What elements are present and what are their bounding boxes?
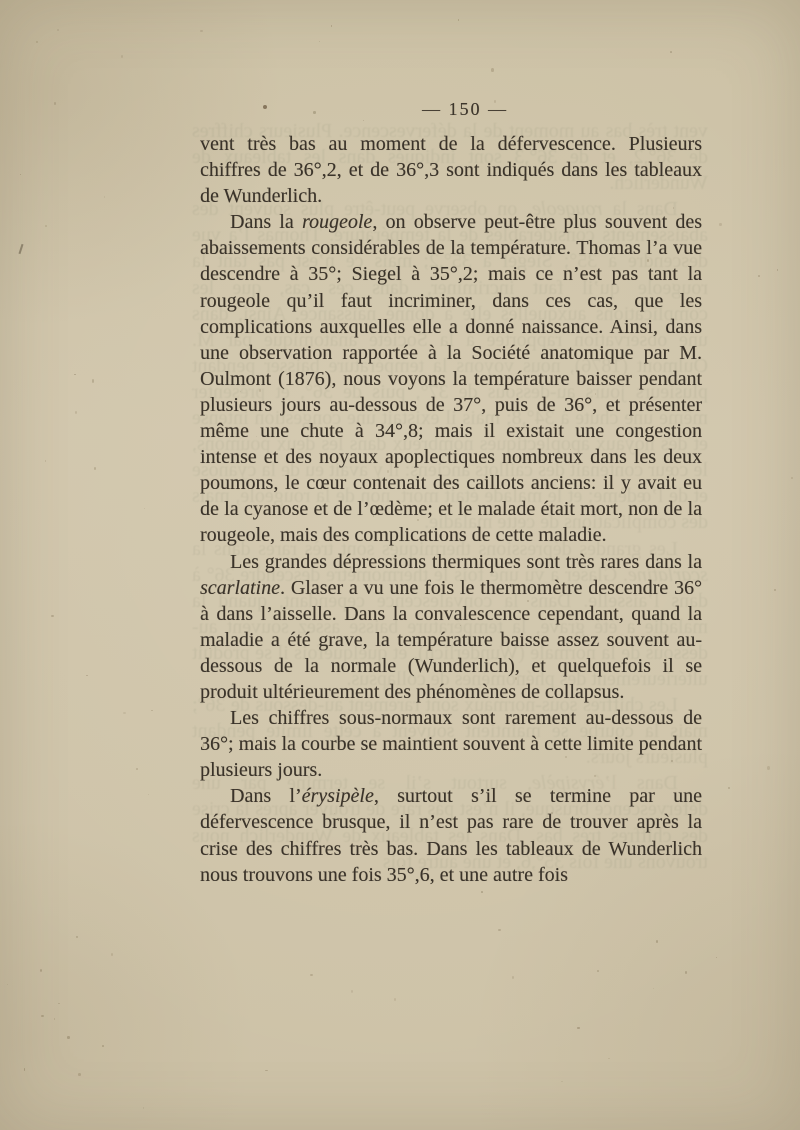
paper-speck (491, 68, 494, 72)
paragraph: Les grandes dépressions thermiques sont … (200, 549, 702, 706)
paper-speck (94, 467, 96, 470)
paper-speck (111, 953, 113, 956)
paper-speck (58, 1003, 60, 1004)
paper-speck (40, 969, 42, 972)
paper-speck (685, 971, 687, 973)
paper-speck (458, 19, 459, 21)
paper-speck (394, 998, 397, 1002)
paper-speck (561, 1081, 563, 1083)
text-run: Les grandes dépressions thermiques sont … (230, 551, 702, 573)
paper-speck (102, 1045, 104, 1047)
paper-speck (200, 30, 203, 32)
page-number: — 150 — (214, 99, 716, 120)
paper-speck (481, 891, 483, 893)
paper-speck (653, 988, 654, 989)
paper-speck (577, 1027, 579, 1030)
paper-speck (51, 615, 54, 617)
paper-speck (670, 51, 672, 53)
paper-speck (76, 936, 78, 937)
paper-speck (54, 1018, 55, 1019)
paper-speck (123, 712, 126, 714)
paragraph: vent très bas au moment de la défervesce… (200, 131, 702, 209)
text-run: vent très bas au moment de la défervesce… (200, 133, 702, 207)
paper-speck (777, 269, 778, 271)
paper-speck (656, 940, 658, 943)
paper-speck (351, 990, 353, 993)
paper-speck (86, 675, 87, 676)
paper-speck (310, 974, 313, 976)
paper-speck (45, 225, 47, 227)
paper-speck (767, 766, 770, 770)
paper-speck (758, 275, 760, 277)
paper-speck (498, 929, 500, 931)
paper-speck (151, 710, 153, 712)
paper-speck (24, 1068, 26, 1071)
paper-speck (45, 460, 47, 462)
book-page-scan: vent très bas au moment de la défervesce… (0, 0, 800, 1130)
paper-speck (104, 196, 105, 198)
paper-speck (57, 29, 58, 30)
paper-speck (92, 379, 95, 383)
paper-speck (143, 1107, 144, 1109)
paper-speck (7, 984, 8, 985)
paper-speck (331, 25, 333, 27)
paragraph: Les chiffres sous-normaux sont rarement … (200, 705, 702, 783)
paper-scratch (19, 244, 24, 254)
paper-speck (774, 589, 776, 591)
paper-speck (608, 1058, 610, 1060)
italic-term: rougeole (302, 211, 372, 233)
paper-speck (716, 957, 717, 958)
paragraph: Dans l’érysipèle, surtout s’il se termin… (200, 783, 702, 887)
paper-speck (728, 787, 730, 789)
text-run: Les chiffres sous-normaux sont rarement … (200, 707, 702, 781)
text-run: Dans l’ (230, 785, 302, 807)
paper-speck (121, 55, 123, 57)
paper-speck (78, 1073, 80, 1076)
paper-speck (319, 41, 320, 42)
paper-speck (512, 976, 514, 978)
italic-term: érysipèle (302, 785, 374, 807)
italic-term: scarlatine (200, 577, 280, 599)
paper-speck (719, 223, 721, 226)
paper-speck (20, 174, 21, 175)
page-text: vent très bas au moment de la défervesce… (200, 131, 702, 888)
paper-speck (74, 374, 75, 375)
paper-speck (67, 1036, 70, 1038)
paper-speck (36, 41, 38, 42)
paper-speck (75, 411, 77, 414)
text-run: Dans la (230, 211, 302, 233)
paper-speck (597, 970, 599, 972)
paper-speck (136, 768, 138, 770)
paper-speck (54, 102, 56, 104)
paper-speck (791, 477, 793, 479)
text-run: , on observe peut-être plus souvent des … (200, 211, 702, 546)
paragraph: Dans la rougeole, on observe peut-être p… (200, 209, 702, 548)
paper-speck (148, 794, 149, 795)
paper-speck (41, 1015, 44, 1018)
paper-speck (265, 1070, 268, 1072)
paper-speck (363, 120, 364, 121)
paper-speck (144, 508, 145, 509)
